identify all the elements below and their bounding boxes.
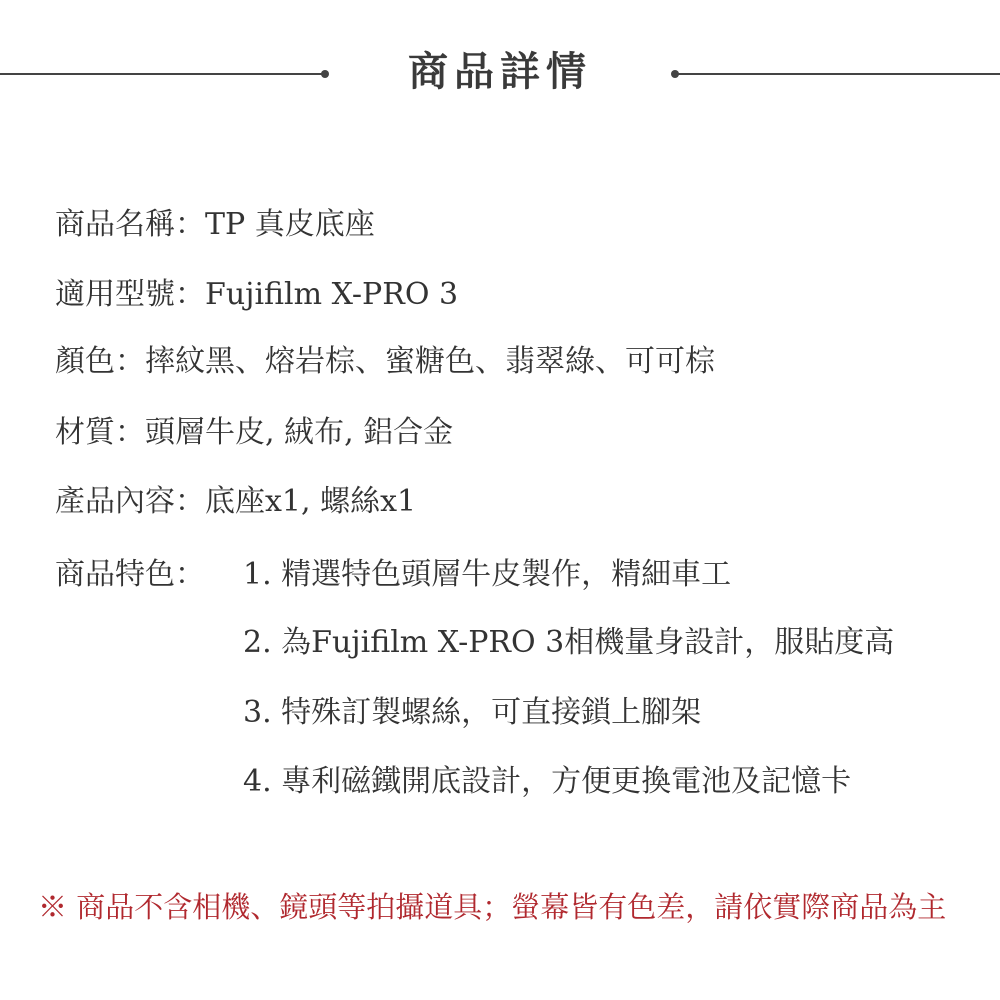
- spec-value: 底座x1, 螺絲x1: [205, 484, 416, 519]
- spec-value: TP 真皮底座: [205, 207, 375, 242]
- feature-item: 1. 精選特色頭層牛皮製作，精細車工: [243, 555, 731, 595]
- spec-product-name: 商品名稱：TP 真皮底座: [55, 205, 375, 245]
- feature-item: 3. 特殊訂製螺絲，可直接鎖上腳架: [243, 693, 701, 733]
- spec-label: 產品內容：: [55, 484, 205, 519]
- page-title: 商品詳情: [0, 44, 1000, 100]
- spec-material: 材質：頭層牛皮, 絨布, 鋁合金: [55, 413, 453, 453]
- spec-package-contents: 產品內容：底座x1, 螺絲x1: [55, 482, 416, 522]
- features-label: 商品特色：: [55, 555, 205, 595]
- spec-label: 材質：: [55, 415, 145, 450]
- disclaimer-note: ※ 商品不含相機、鏡頭等拍攝道具；螢幕皆有色差，請依實際商品為主: [38, 887, 946, 927]
- feature-item: 4. 專利磁鐵開底設計，方便更換電池及記憶卡: [243, 762, 851, 802]
- divider-line-right: [675, 73, 1000, 75]
- spec-value: 頭層牛皮, 絨布, 鋁合金: [145, 415, 453, 450]
- spec-label: 商品名稱：: [55, 207, 205, 242]
- spec-value: Fujifilm X-PRO 3: [205, 277, 458, 312]
- spec-value: 摔紋黑、熔岩棕、蜜糖色、翡翠綠、可可棕: [145, 344, 715, 379]
- spec-compatible-model: 適用型號：Fujifilm X-PRO 3: [55, 275, 458, 315]
- spec-label: 顏色：: [55, 344, 145, 379]
- spec-label: 適用型號：: [55, 277, 205, 312]
- spec-colors: 顏色：摔紋黑、熔岩棕、蜜糖色、翡翠綠、可可棕: [55, 342, 715, 382]
- feature-item: 2. 為Fujifilm X-PRO 3相機量身設計，服貼度高: [243, 623, 894, 663]
